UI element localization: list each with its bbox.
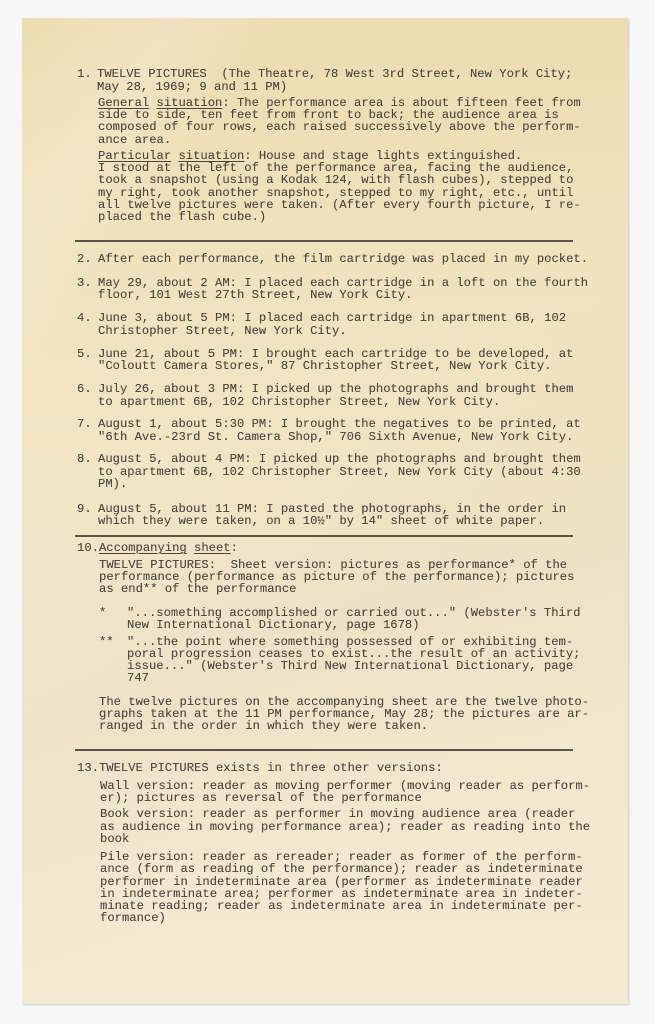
item-text-line: which they were taken, on a 10½" by 14" … xyxy=(98,515,544,527)
version-line: ance (form as reading of the performance… xyxy=(100,863,583,875)
item-text-line: floor, 101 West 27th Street, New York Ci… xyxy=(98,289,413,301)
item-number: 9. xyxy=(77,503,92,515)
item-text-line: to apartment 6B, 102 Christopher Street,… xyxy=(98,466,581,478)
item-text-line: "6th Ave.-23rd St. Camera Shop," 706 Six… xyxy=(98,431,573,443)
particular-text-line: placed the flash cube.) xyxy=(98,211,266,223)
item-text-line: August 1, about 5:30 PM: I brought the n… xyxy=(98,418,581,430)
note-line: ranged in the order in which they were t… xyxy=(99,720,428,732)
item-text-line: Christopher Street, New York City. xyxy=(98,325,347,337)
item-text-line: After each performance, the film cartrid… xyxy=(98,253,588,265)
accompanying-heading-word: Accompanying xyxy=(99,541,187,555)
version-line: formance) xyxy=(100,912,166,924)
particular-text-line: took a snapshot (using a Kodak 124, with… xyxy=(98,174,573,186)
footnote-marker: * xyxy=(99,607,106,619)
version-line: as audience in moving performance area);… xyxy=(100,821,590,833)
item-text-line: May 28, 1969; 9 and 11 PM) xyxy=(97,81,287,93)
version-line: Book version: reader as performer in mov… xyxy=(100,808,575,820)
item-number: 5. xyxy=(77,348,92,360)
item-number: 3. xyxy=(77,277,92,289)
item-number: 6. xyxy=(77,383,92,395)
item-text-line: "Coloutt Camera Stores," 87 Christopher … xyxy=(98,360,551,372)
footnote-line: New International Dictionary, page 1678) xyxy=(127,619,420,631)
item-text-line: TWELVE PICTURES (The Theatre, 78 West 3r… xyxy=(97,68,572,80)
item-number: 7. xyxy=(77,418,92,430)
item-text-line: June 3, about 5 PM: I placed each cartri… xyxy=(98,312,566,324)
item-text-line: to apartment 6B, 102 Christopher Street,… xyxy=(98,396,500,408)
item-number: 13. xyxy=(77,761,99,775)
item-text-line: August 5, about 4 PM: I picked up the ph… xyxy=(98,453,581,465)
section-divider xyxy=(75,749,573,751)
general-text-line: ance area. xyxy=(98,134,171,146)
item-number: 2. xyxy=(77,253,92,265)
item-number: 1. xyxy=(77,68,92,80)
version-line: book xyxy=(100,833,129,845)
footnote-line: 747 xyxy=(127,672,149,684)
item-text-line: July 26, about 3 PM: I picked up the pho… xyxy=(98,383,573,395)
item-number: 10. xyxy=(77,541,99,555)
item-number: 8. xyxy=(77,453,92,465)
footnote-line: issue..." (Webster's Third New Internati… xyxy=(127,660,573,672)
section-divider xyxy=(75,535,573,537)
general-text-line: composed of four rows, each raised succe… xyxy=(98,121,581,133)
heading-colon: : xyxy=(231,541,238,555)
version-line: er); pictures as reversal of the perform… xyxy=(100,792,422,804)
item-number: 4. xyxy=(77,312,92,324)
sheet-heading-word: sheet xyxy=(194,541,231,555)
sheet-version-line: as end** of the performance xyxy=(99,583,296,595)
version-line: minate reading; reader as indeterminate … xyxy=(100,900,583,912)
section-divider xyxy=(75,240,573,242)
item-text-line: PM). xyxy=(98,478,127,490)
footnote-marker: ** xyxy=(99,636,114,648)
versions-heading: TWELVE PICTURES exists in three other ve… xyxy=(99,761,443,775)
